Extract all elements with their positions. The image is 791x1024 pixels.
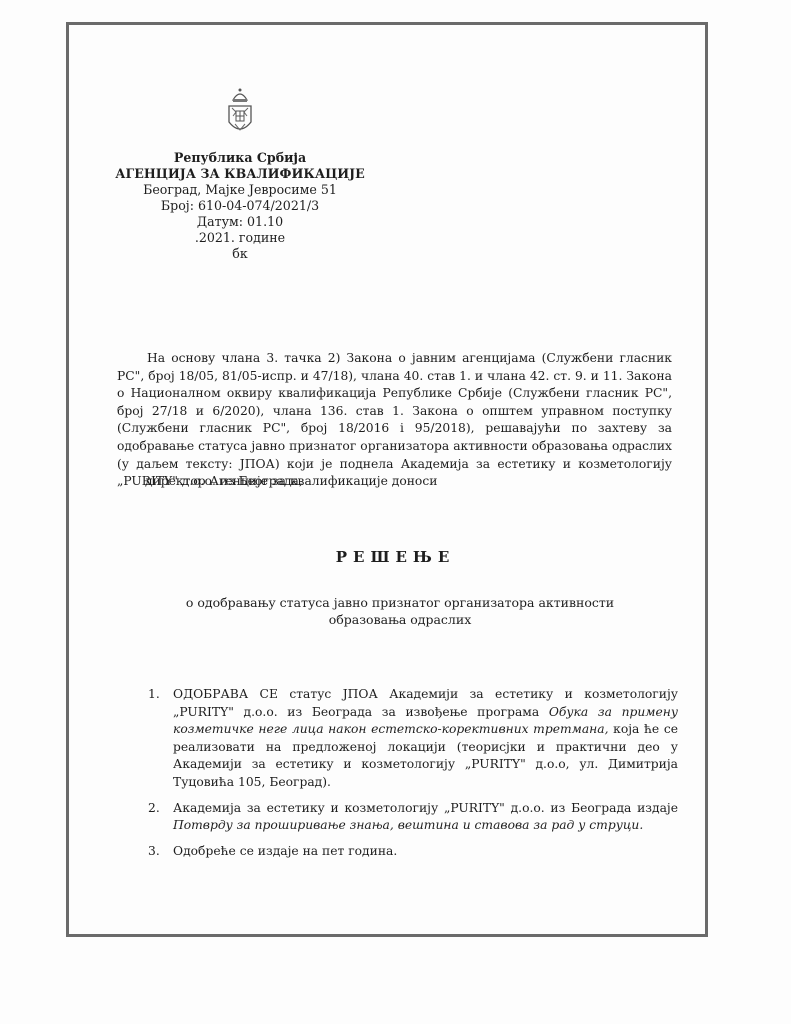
author-initials: бк	[110, 246, 370, 262]
decision-subtitle: о одобравању статуса јавно признатог орг…	[150, 594, 650, 628]
agency-name: АГЕНЦИЈА ЗА КВАЛИФИКАЦИЈЕ	[110, 166, 370, 182]
agency-address: Београд, Мајке Јевросиме 51	[110, 182, 370, 198]
serbia-coat-of-arms-icon	[225, 86, 255, 138]
decision-items: 1. ОДОБРАВА СЕ статус ЈПОА Академији за …	[148, 686, 678, 868]
document-number: Број: 610-04-074/2021/3	[110, 198, 370, 214]
decision-item: 3. Одобреће се издаје на пет година.	[148, 843, 678, 861]
item-certificate-name: Потврду за проширивање знања, вештина и …	[173, 818, 643, 832]
item-text: ОДОБРАВА СЕ статус ЈПОА Академији за ест…	[173, 686, 678, 792]
item-text: Одобреће се издаје на пет година.	[173, 843, 678, 861]
item-number: 3.	[148, 843, 173, 861]
decision-item: 2. Академија за естетику и козметологију…	[148, 800, 678, 835]
document-date-line2: .2021. године	[110, 230, 370, 246]
decision-item: 1. ОДОБРАВА СЕ статус ЈПОА Академији за …	[148, 686, 678, 792]
country-name: Република Србија	[110, 150, 370, 166]
preamble-paragraph: На основу члана 3. тачка 2) Закона о јав…	[117, 350, 672, 491]
preamble: На основу члана 3. тачка 2) Закона о јав…	[117, 350, 672, 491]
document-date-line1: Датум: 01.10	[110, 214, 370, 230]
decision-title: РЕШЕЊЕ	[0, 548, 791, 566]
director-line: директор Агенције за квалификације донос…	[145, 474, 437, 488]
item-number: 2.	[148, 800, 173, 835]
item-number: 1.	[148, 686, 173, 792]
letterhead: Република Србија АГЕНЦИЈА ЗА КВАЛИФИКАЦИ…	[110, 86, 370, 262]
item-text: Академија за естетику и козметологију „P…	[173, 800, 678, 835]
item-text-a: Академија за естетику и козметологију „P…	[173, 801, 678, 815]
